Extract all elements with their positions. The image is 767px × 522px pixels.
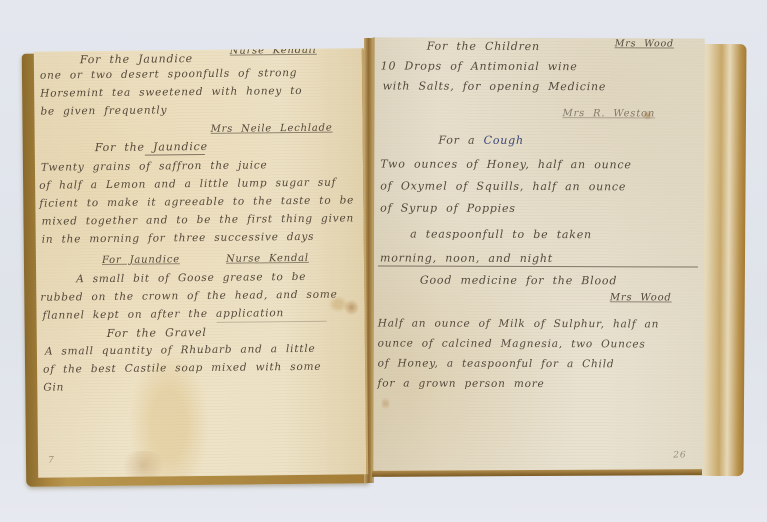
entry-attribution: Mrs Wood — [610, 292, 704, 303]
entry-attribution: Nurse Kendall — [230, 48, 362, 56]
entry-attribution: Nurse Kendal — [226, 252, 364, 264]
entry-line: morning, noon, and night — [380, 251, 704, 265]
foxing-stain — [381, 395, 389, 411]
blue-ink-word: Cough — [484, 134, 524, 147]
heading-text: For a Cough — [438, 134, 524, 147]
entry-line: of half a Lemon and a little lump sugar … — [39, 176, 363, 191]
entry-line: mixed together and to be the first thing… — [41, 212, 363, 227]
entry-attribution: Mrs Neile Lechlade — [211, 122, 363, 135]
entry-heading: Good medicine for the Blood — [420, 274, 704, 288]
entry-line: of Honey, a teaspoonful for a Child — [378, 357, 704, 370]
page-mark: 26 — [673, 450, 703, 460]
entry-heading: For the Gravel — [107, 324, 365, 340]
entry-line: a teaspoonfull to be taken — [410, 228, 704, 242]
entry-line: in the morning for three successive days — [42, 230, 364, 245]
entry-line: ounce of calcined Magnesia, two Ounces — [378, 337, 704, 350]
right-page: For the Children Mrs Wood 10 Drops of An… — [371, 37, 705, 474]
photo-scene: For the Jaundice Nurse Kendall one or tw… — [0, 0, 767, 522]
entry-heading: For the Jaundice — [95, 138, 363, 154]
entry-line: one or two desert spoonfulls of strong — [40, 66, 362, 81]
entry-line: A small quantity of Rhubarb and a little — [45, 342, 365, 357]
entry-attribution: Mrs Wood — [615, 38, 705, 49]
entry-heading: For a Cough — [438, 134, 704, 148]
entry-line: of the best Castile soap mixed with some — [43, 360, 365, 375]
page-mark: 7 — [48, 452, 366, 465]
entry-line: Half an ounce of Milk of Sulphur, half a… — [378, 317, 704, 330]
entry-line: of Oxymel of Squills, half an ounce — [380, 179, 704, 193]
entry-attribution: Mrs R. Weston — [562, 108, 704, 119]
entry-line: for a grown person more — [378, 377, 704, 390]
left-page: For the Jaundice Nurse Kendall one or tw… — [34, 48, 368, 477]
divider-line — [378, 265, 698, 267]
entry-line: flannel kept on after the application — [42, 306, 364, 321]
right-page-bottom-edge — [372, 469, 702, 477]
entry-line: Horsemint tea sweetened with honey to — [40, 84, 362, 99]
entry-line: A small bit of Goose grease to be — [76, 270, 364, 285]
entry-line: rubbed on the crown of the head, and som… — [40, 288, 364, 303]
entry-line: with Salts, for opening Medicine — [383, 79, 705, 93]
entry-line: be given frequently — [40, 102, 362, 117]
entry-line: Two ounces of Honey, half an ounce — [380, 157, 704, 171]
entry-line: ficient to make it agreeable to the tast… — [39, 194, 363, 209]
entry-line: of Syrup of Poppies — [380, 201, 704, 215]
entry-line: Twenty grains of saffron the juice — [41, 158, 363, 173]
entry-line: Gin — [43, 378, 365, 393]
entry-line: 10 Drops of Antimonial wine — [381, 59, 705, 73]
